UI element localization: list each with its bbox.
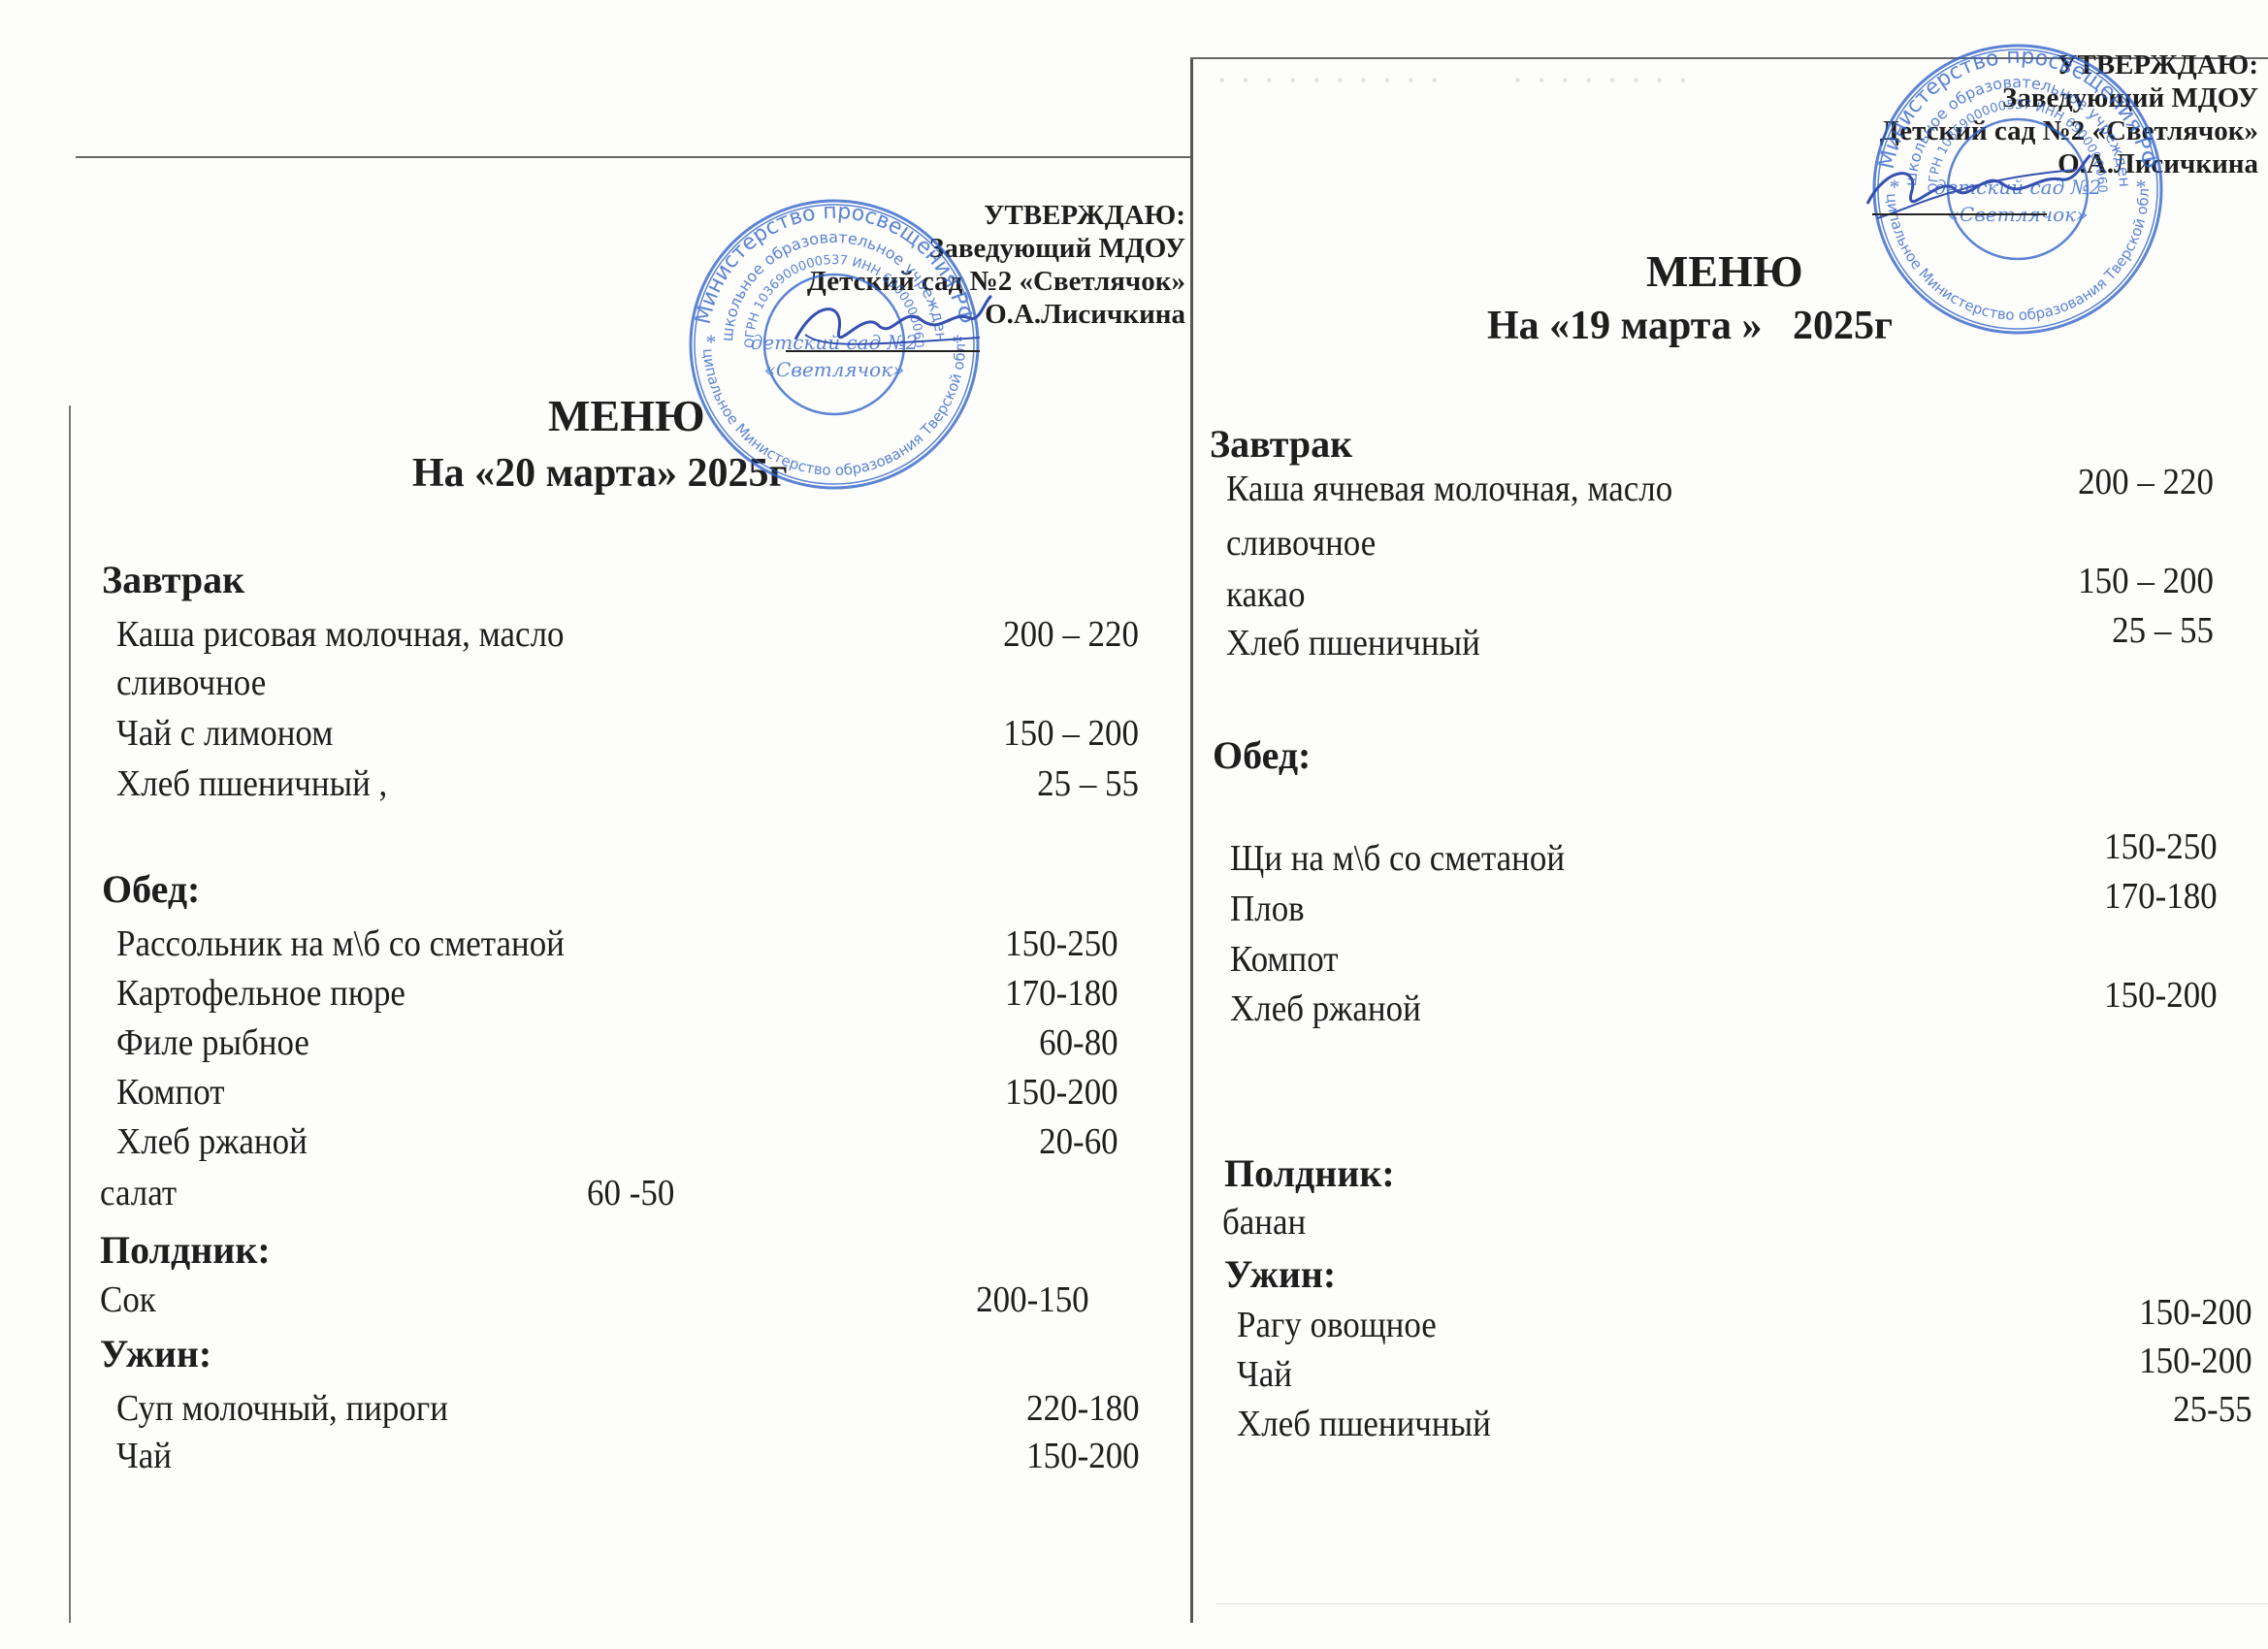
dish-qty: 200-150 [976,1277,1089,1322]
bleed-through-text: · · · · · · · · [1513,66,1692,97]
svg-text:*: * [706,330,717,354]
dish-name: Хлеб пшеничный , [116,761,387,806]
dish-qty: 150-200 [2139,1339,2252,1383]
dish-qty: 25-55 [2173,1387,2252,1432]
menu-date: На «20 марта» 2025г [412,449,788,498]
dish-qty: 150-200 [1005,1070,1118,1115]
dish-name: Картофельное пюре [116,971,405,1016]
svg-text:детский сад №2: детский сад №2 [751,331,919,354]
menu-date: На «19 марта » 2025г [1487,302,1893,350]
section-heading: Полдник: [1224,1150,1395,1197]
approval-block: УТВЕРЖДАЮ: Заведующий МДОУ Детский сад №… [807,199,1185,331]
dish-name: банан [1222,1200,1306,1245]
dish-qty: 200 – 220 [1003,612,1139,657]
approval-heading: УТВЕРЖДАЮ: [1880,48,2258,81]
approval-signatory: О.А.Лисичкина [807,298,1185,331]
approval-org: Детский сад №2 «Светлячок» [807,265,1185,298]
dish-name: Чай [1237,1352,1292,1397]
section-heading: Ужин: [1224,1251,1336,1298]
dish-name: Хлеб пшеничный [1226,621,1480,665]
approval-block: УТВЕРЖДАЮ: Заведующий МДОУ Детский сад №… [1880,48,2258,180]
page-title: МЕНЮ [548,390,705,442]
left-page-top-border [76,156,1191,158]
approval-heading: УТВЕРЖДАЮ: [807,199,1185,232]
dish-qty: 150-200 [2139,1290,2252,1335]
approval-position: Заведующий МДОУ [1880,81,2258,114]
dish-qty: 150-250 [1005,921,1118,966]
dish-name: Рассольник на м\б со сметаной [116,921,565,966]
dish-qty: 150 – 200 [1003,711,1139,756]
page-divider [1190,58,1193,1623]
svg-text:«Светлячок»: «Светлячок» [1948,203,2089,226]
dish-name: Филе рыбное [116,1020,309,1065]
right-page-bottom-border [1216,1603,2268,1604]
dish-name: Щи на м\б со сметаной [1230,836,1565,881]
dish-name: салат [100,1171,177,1215]
section-heading: Завтрак [102,557,244,603]
dish-name: Рагу овощное [1237,1303,1437,1347]
dish-name: Хлеб пшеничный [1237,1402,1491,1446]
dish-name: Хлеб ржаной [116,1119,308,1164]
dish-qty: 150-200 [1026,1434,1140,1478]
section-heading: Полдник: [100,1227,271,1274]
dish-name: Плов [1230,887,1305,931]
dish-name: Чай с лимоном [116,711,333,756]
dish-qty: 200 – 220 [2078,460,2214,504]
svg-text:«Светлячок»: «Светлячок» [764,358,905,381]
dish-qty: 25 – 55 [2112,608,2214,653]
bleed-through-text: · · · · · · · · · · [1217,66,1442,97]
dish-name: Чай [116,1434,172,1478]
section-heading: Обед: [1213,732,1311,779]
dish-name: сливочное [116,661,266,705]
approval-position: Заведующий МДОУ [807,232,1185,265]
dish-qty: 60-80 [1039,1020,1118,1065]
dish-name: Каша рисовая молочная, масло [116,612,565,657]
dish-name: Сок [100,1277,156,1322]
dish-name: Хлеб ржаной [1230,986,1421,1031]
dish-name: Каша ячневая молочная, масло [1226,467,1672,511]
section-heading: Ужин: [100,1331,211,1377]
dish-qty: 20-60 [1039,1119,1118,1164]
dish-name: какао [1226,572,1305,617]
dish-qty: 150-250 [2104,824,2218,869]
dish-name: Компот [1230,937,1339,982]
dish-name: Компот [116,1070,225,1115]
dish-qty: 150 – 200 [2078,559,2214,603]
svg-text:*: * [953,330,963,354]
dish-qty: 170-180 [1005,971,1118,1016]
approval-signatory: О.А.Лисичкина [1880,147,2258,180]
dish-qty: 150-200 [2104,973,2218,1018]
dish-qty: 220-180 [1026,1386,1140,1431]
dish-name: сливочное [1226,521,1376,566]
dish-name: Суп молочный, пироги [116,1386,448,1431]
dish-qty: 170-180 [2104,874,2218,919]
page-title: МЕНЮ [1646,245,1803,298]
dish-qty: 25 – 55 [1037,761,1139,806]
left-page-left-border [69,405,71,1623]
section-heading: Обед: [102,866,200,913]
dish-qty: 60 -50 [587,1171,674,1215]
section-heading: Завтрак [1210,421,1352,468]
approval-org: Детский сад №2 «Светлячок» [1880,114,2258,147]
